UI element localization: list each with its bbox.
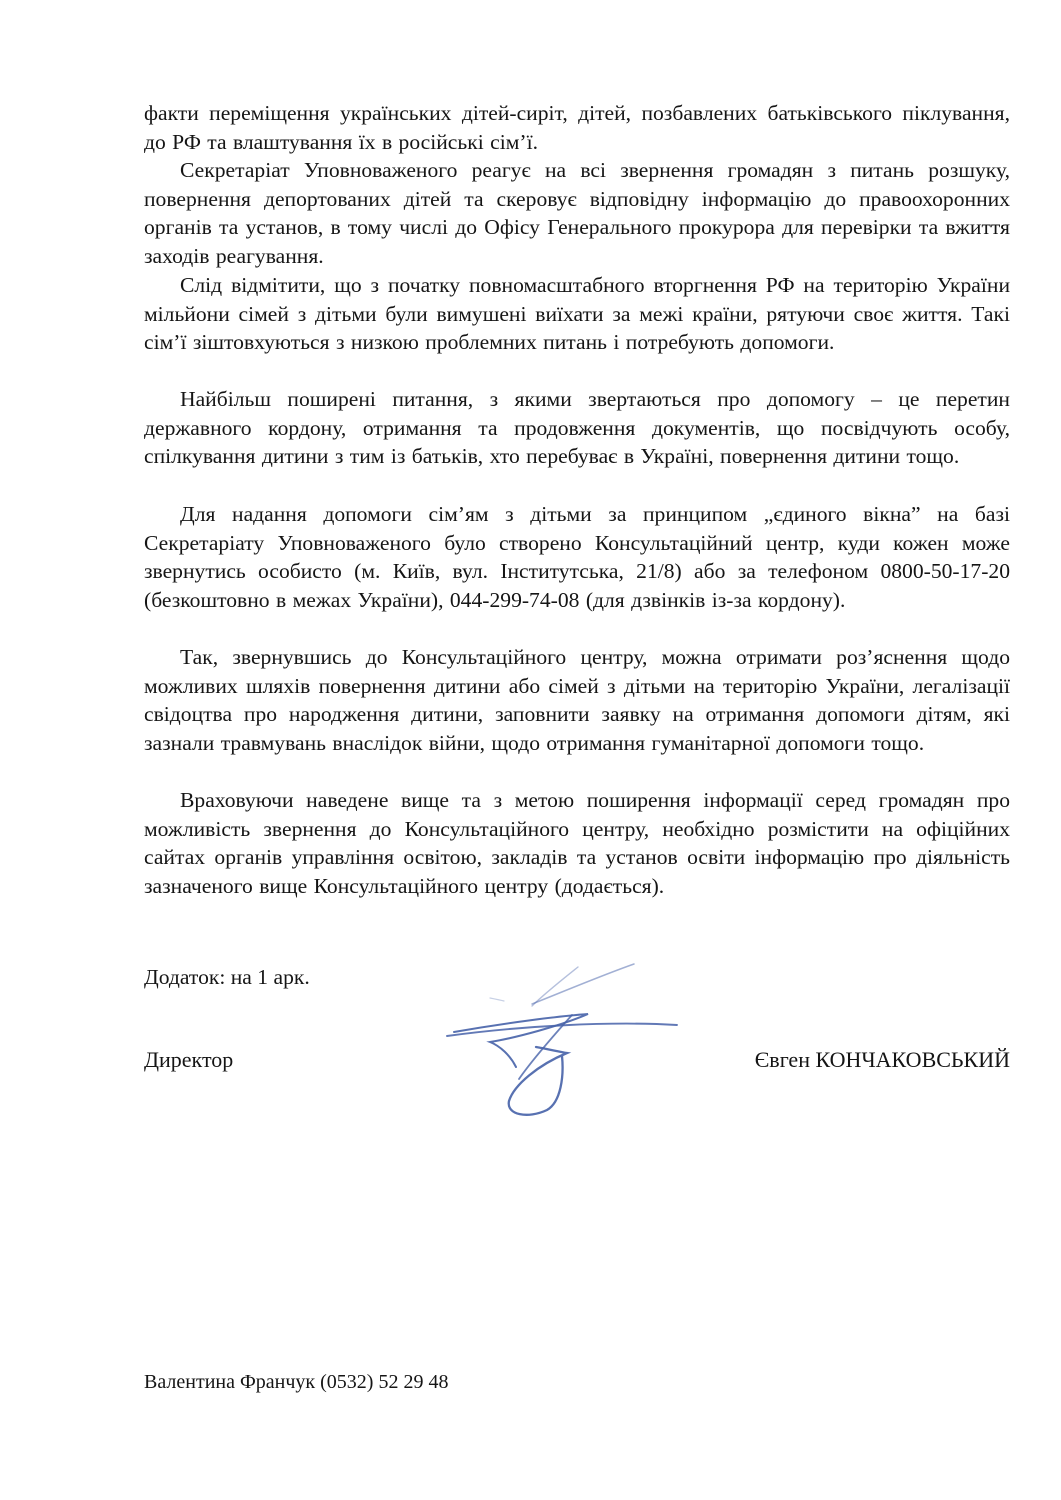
signature-row: Директор Євген КОНЧАКОВСЬКИЙ: [144, 1046, 1010, 1075]
paragraph-5: Для надання допомоги сім’ям з дітьми за …: [144, 500, 1010, 615]
document-page: факти переміщення українських дітей-сирі…: [0, 0, 1061, 1500]
signer-name: Євген КОНЧАКОВСЬКИЙ: [755, 1046, 1010, 1075]
signature-stroke: [532, 964, 634, 1004]
paragraph-4: Найбільш поширені питання, з якими зверт…: [144, 385, 1010, 471]
signature-ink-image: [420, 938, 700, 1128]
paragraph-2: Секретаріат Уповноваженого реагує на всі…: [144, 156, 1010, 271]
paragraph-1: факти переміщення українських дітей-сирі…: [144, 99, 1010, 156]
attachment-note: Додаток: на 1 арк.: [144, 963, 310, 992]
signature-stroke: [447, 1024, 677, 1036]
signature-stroke: [532, 967, 578, 1006]
paragraph-7: Враховуючи наведене вище та з метою поши…: [144, 786, 1010, 901]
paragraph-3: Слід відмітити, що з початку повномасшта…: [144, 271, 1010, 357]
paragraph-6: Так, звернувшись до Консультаційного цен…: [144, 643, 1010, 758]
signature-stroke: [490, 998, 504, 1001]
executor-contact: Валентина Франчук (0532) 52 29 48: [144, 1369, 448, 1395]
signer-role: Директор: [144, 1046, 233, 1075]
